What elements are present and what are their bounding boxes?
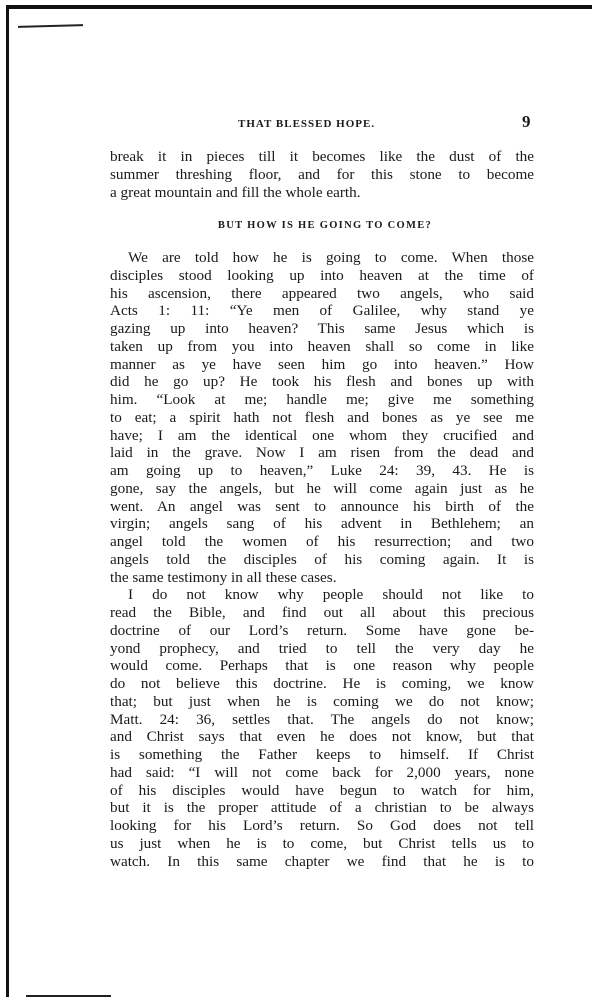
section-body: We are told how he is going to come. Whe… xyxy=(110,249,534,870)
text-line: yond prophecy, and tried to tell the ver… xyxy=(110,640,534,658)
text-line: watch. In this same chapter we find that… xyxy=(110,853,534,871)
text-line: laid in the grave. Now I am risen from t… xyxy=(110,444,534,462)
page-border-top xyxy=(6,5,592,9)
page-border-mark xyxy=(18,24,83,28)
text-line: Matt. 24: 36, settles that. The angels d… xyxy=(110,711,534,729)
text-line: break it in pieces till it becomes like … xyxy=(110,148,534,166)
text-line: us just when he is to come, but Christ t… xyxy=(110,835,534,853)
text-line: looking for his Lord’s return. So God do… xyxy=(110,817,534,835)
text-line: angel told the women of his resurrection… xyxy=(110,533,534,551)
text-line: gone, say the angels, but he will come a… xyxy=(110,480,534,498)
text-line: disciples stood looking up into heaven a… xyxy=(110,267,534,285)
text-line: have; I am the identical one whom they c… xyxy=(110,427,534,445)
text-line: I do not know why people should not like… xyxy=(110,586,534,604)
text-line: virgin; angels sang of his advent in Bet… xyxy=(110,515,534,533)
text-line: do not believe this doctrine. He is comi… xyxy=(110,675,534,693)
page-border-bottom xyxy=(26,995,111,997)
text-line: had said: “I will not come back for 2,00… xyxy=(110,764,534,782)
text-line: of his disciples would have begun to wat… xyxy=(110,782,534,800)
running-head: THAT BLESSED HOPE. xyxy=(238,118,375,130)
text-line: am going up to heaven,” Luke 24: 39, 43.… xyxy=(110,462,534,480)
text-line: but it is the proper attitude of a chris… xyxy=(110,799,534,817)
text-line: is something the Father keeps to himself… xyxy=(110,746,534,764)
text-line: summer threshing floor, and for this sto… xyxy=(110,166,534,184)
text-line: doctrine of our Lord’s return. Some have… xyxy=(110,622,534,640)
continuation-paragraph: break it in pieces till it becomes like … xyxy=(110,148,534,201)
text-line: him. “Look at me; handle me; give me som… xyxy=(110,391,534,409)
text-line: We are told how he is going to come. Whe… xyxy=(110,249,534,267)
page-border-left xyxy=(6,5,9,997)
text-line: to eat; a spirit hath not flesh and bone… xyxy=(110,409,534,427)
text-line: his ascension, there appeared two angels… xyxy=(110,285,534,303)
text-line: would come. Perhaps that is one reason w… xyxy=(110,657,534,675)
text-line: manner as ye have seen him go into heave… xyxy=(110,356,534,374)
section-heading: BUT HOW IS HE GOING TO COME? xyxy=(100,220,550,231)
text-line: and Christ says that even he does not kn… xyxy=(110,728,534,746)
text-line: angels told the disciples of his coming … xyxy=(110,551,534,569)
text-line: Acts 1: 11: “Ye men of Galilee, why stan… xyxy=(110,302,534,320)
text-line: that; but just when he is coming we do n… xyxy=(110,693,534,711)
text-line: did he go up? He took his flesh and bone… xyxy=(110,373,534,391)
text-line: read the Bible, and find out all about t… xyxy=(110,604,534,622)
text-line: taken up from you into heaven shall so c… xyxy=(110,338,534,356)
page-number: 9 xyxy=(522,112,531,132)
text-line: gazing up into heaven? This same Jesus w… xyxy=(110,320,534,338)
text-line: a great mountain and fill the whole eart… xyxy=(110,184,534,202)
text-line: the same testimony in all these cases. xyxy=(110,569,534,587)
text-line: went. An angel was sent to announce his … xyxy=(110,498,534,516)
